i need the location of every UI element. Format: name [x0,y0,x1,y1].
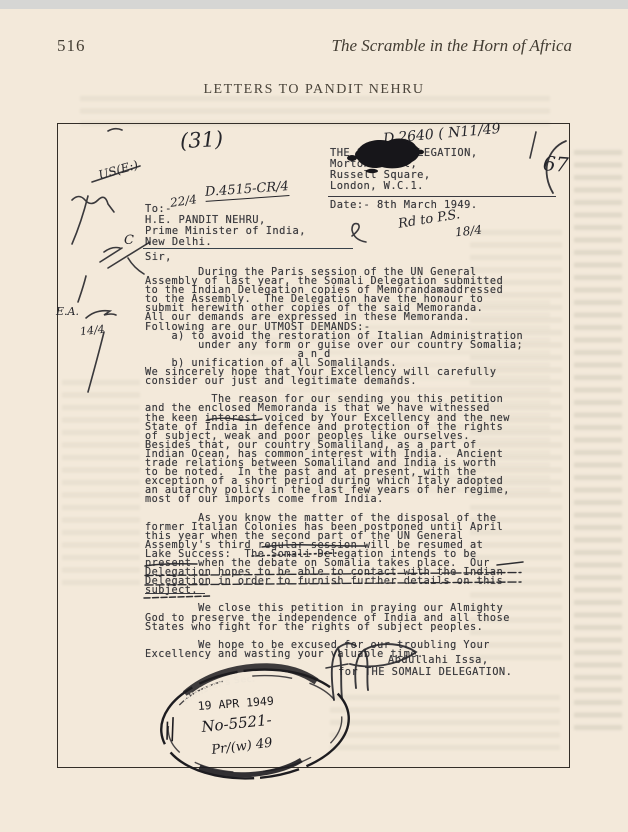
recipient-block: To:- H.E. PANDIT NEHRU, Prime Minister o… [145,204,306,237]
salutation: Sir, [145,252,172,263]
letter-body: During the Paris session of the UN Gener… [145,268,523,659]
recipient-city: New Delhi. [145,237,212,248]
bleedthrough-ghost [80,96,550,126]
page-number: 516 [57,36,86,56]
signature-for-line: for THE SOMALI DELEGATION. [338,667,512,678]
recipient-underline [143,248,353,249]
letterhead-underline [328,196,556,197]
scanned-book-page: 516 The Scramble in the Horn of Africa L… [0,0,628,832]
annotation-ps-date: 18/4 [454,223,482,240]
annotation-ref-top-center: (31) [179,127,223,153]
signature-name: Abdullahi Issa, [388,655,489,666]
section-title: LETTERS TO PANDIT NEHRU [0,82,628,98]
bleedthrough-ghost [574,150,622,730]
annotation-letter-c: C [124,233,134,248]
annotation-margin-initials: E.A. [56,305,79,318]
book-title: The Scramble in the Horn of Africa [332,36,573,56]
annotation-margin-date: 14/4 [79,323,105,339]
annotation-circled-number: 67 [542,151,569,177]
letterhead-address: THE SOMALI DELEGATION, Morton Hotel, Rus… [330,148,478,192]
scan-edge-strip [0,0,628,9]
subject-typed-underline [145,593,205,594]
